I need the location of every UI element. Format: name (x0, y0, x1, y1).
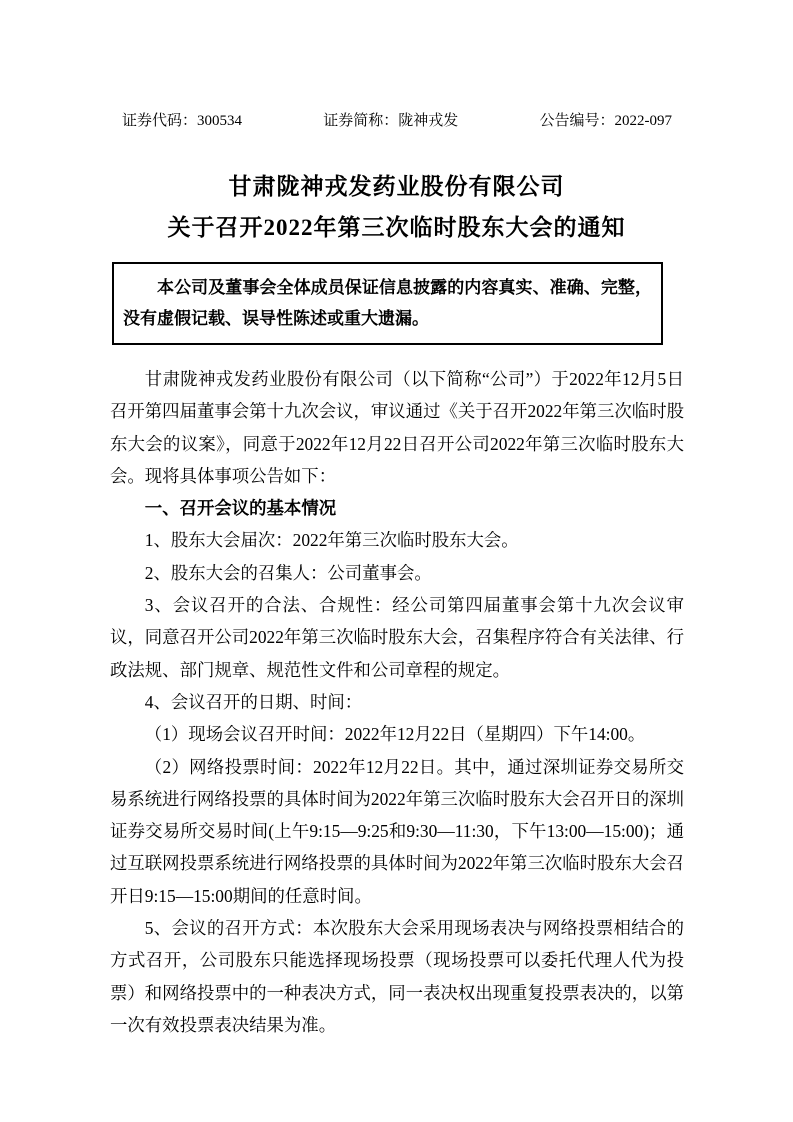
paragraph-item-2: 2、股东大会的召集人：公司董事会。 (110, 557, 684, 589)
paragraph-item-4-2: （2）网络投票时间：2022年12月22日。其中，通过深圳证券交易所交易系统进行… (110, 751, 684, 912)
paragraph-item-4-1: （1）现场会议召开时间：2022年12月22日（星期四）下午14:00。 (110, 718, 684, 750)
document-body: 甘肃陇神戎发药业股份有限公司（以下简称“公司”）于2022年12月5日召开第四届… (110, 363, 684, 1041)
paragraph-item-5: 5、会议的召开方式：本次股东大会采用现场表决与网络投票相结合的方式召开，公司股东… (110, 912, 684, 1041)
stock-code: 证券代码：300534 (122, 110, 242, 132)
announcement-number: 公告编号：2022-097 (540, 110, 673, 132)
company-name-title: 甘肃陇神戎发药业股份有限公司 (60, 166, 733, 207)
disclaimer-text: 本公司及董事会全体成员保证信息披露的内容真实、准确、完整，没有虚假记载、误导性陈… (123, 272, 652, 334)
paragraph-intro: 甘肃陇神戎发药业股份有限公司（以下简称“公司”）于2022年12月5日召开第四届… (110, 363, 684, 492)
section-heading-1: 一、召开会议的基本情况 (110, 492, 684, 524)
document-title-block: 甘肃陇神戎发药业股份有限公司 关于召开2022年第三次临时股东大会的通知 (60, 166, 733, 248)
paragraph-item-1: 1、股东大会届次：2022年第三次临时股东大会。 (110, 524, 684, 556)
disclaimer-box: 本公司及董事会全体成员保证信息披露的内容真实、准确、完整，没有虚假记载、误导性陈… (112, 262, 663, 345)
announcement-page: 证券代码：300534 证券简称：陇神戎发 公告编号：2022-097 甘肃陇神… (0, 0, 793, 1122)
stock-name: 证券简称：陇神戎发 (323, 110, 458, 132)
document-header: 证券代码：300534 证券简称：陇神戎发 公告编号：2022-097 (122, 110, 672, 132)
paragraph-item-3: 3、会议召开的合法、合规性：经公司第四届董事会第十九次会议审议，同意召开公司20… (110, 589, 684, 686)
paragraph-item-4: 4、会议召开的日期、时间： (110, 686, 684, 718)
announcement-subject-title: 关于召开2022年第三次临时股东大会的通知 (60, 207, 733, 248)
